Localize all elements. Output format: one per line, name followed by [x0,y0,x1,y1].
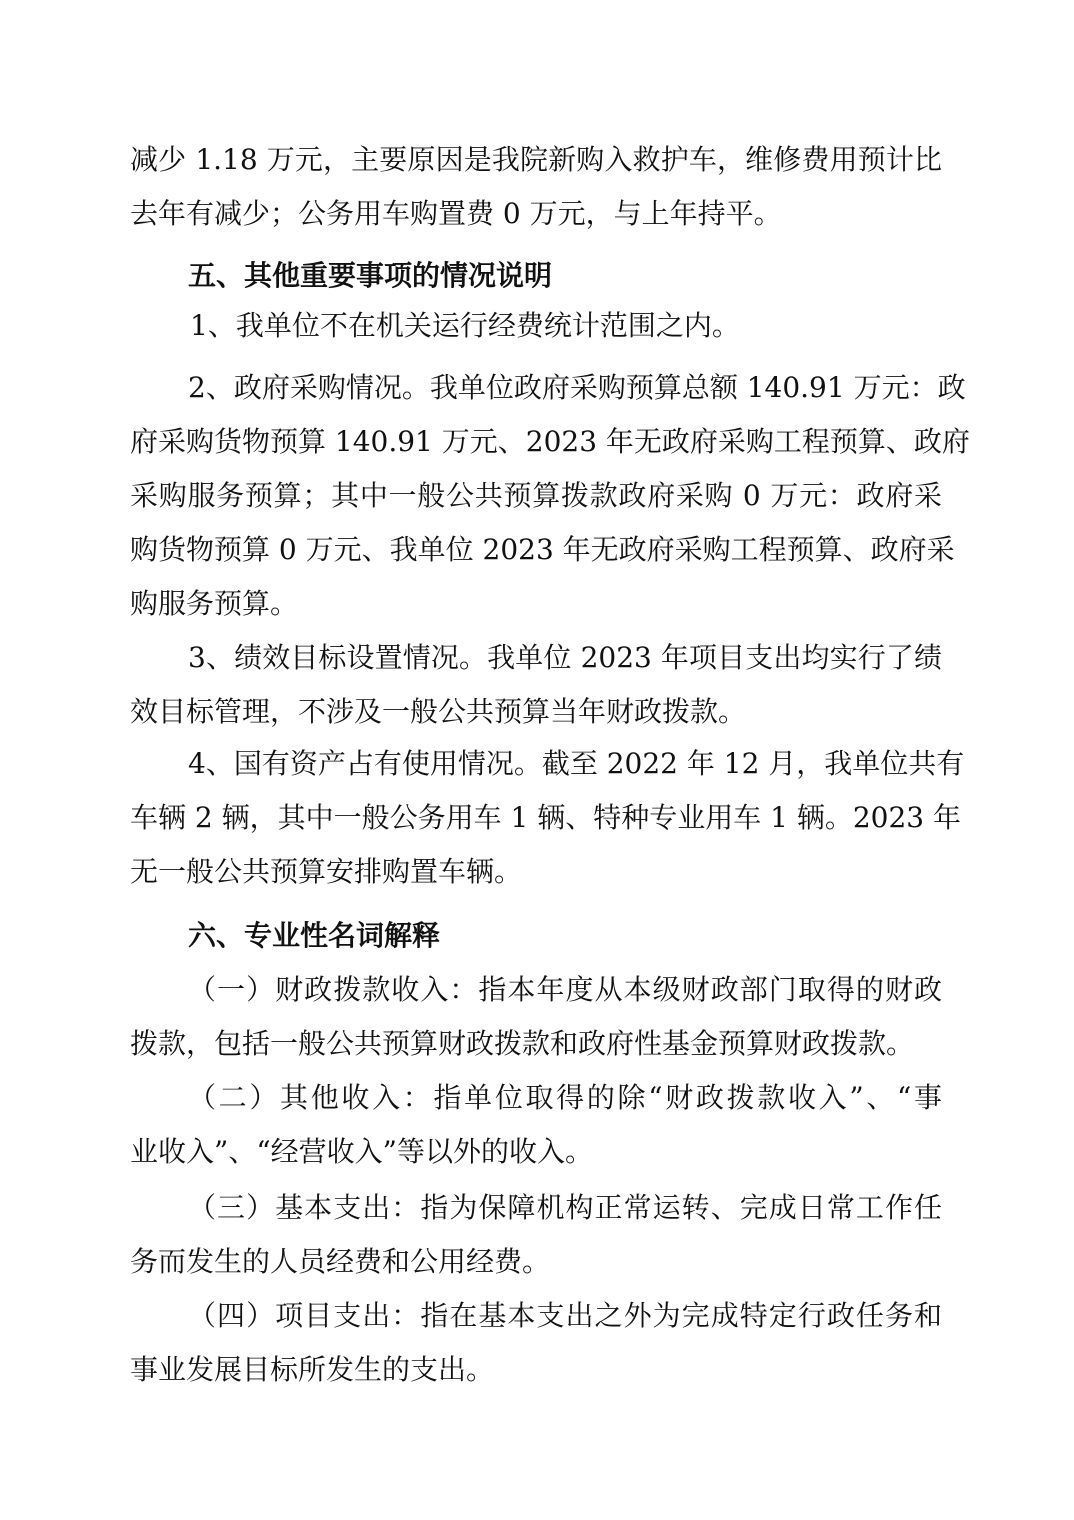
paragraph-line: 事业发展目标所发生的支出。 [130,1352,942,1388]
paragraph-line: 3、绩效目标设置情况。我单位 2023 年项目支出均实行了绩 [188,640,942,676]
paragraph-line: 购服务预算。 [130,586,942,622]
document-page: 减少 1.18 万元，主要原因是我院新购入救护车，维修费用预计比 去年有减少；公… [0,0,1074,1520]
paragraph-line: 2、政府采购情况。我单位政府采购预算总额 140.91 万元：政 [188,370,942,406]
paragraph-line: 1、我单位不在机关运行经费统计范围之内。 [190,308,944,344]
paragraph-line: （三）基本支出：指为保障机构正常运转、完成日常工作任 [188,1190,942,1226]
section-heading-5: 五、其他重要事项的情况说明 [188,258,552,294]
paragraph-line: 购货物预算 0 万元、我单位 2023 年无政府采购工程预算、政府采 [130,532,942,568]
paragraph-line: 车辆 2 辆，其中一般公务用车 1 辆、特种专业用车 1 辆。2023 年 [130,800,942,836]
paragraph-line: 府采购货物预算 140.91 万元、2023 年无政府采购工程预算、政府 [130,424,942,460]
paragraph-line: （四）项目支出：指在基本支出之外为完成特定行政任务和 [188,1298,942,1334]
paragraph-line: 拨款，包括一般公共预算财政拨款和政府性基金预算财政拨款。 [130,1026,942,1062]
section-heading-6: 六、专业性名词解释 [188,918,440,954]
paragraph-line: 效目标管理，不涉及一般公共预算当年财政拨款。 [130,694,942,730]
paragraph-line: 4、国有资产占有使用情况。截至 2022 年 12 月，我单位共有 [188,746,942,782]
paragraph-line: 无一般公共预算安排购置车辆。 [130,854,942,890]
paragraph-line: 减少 1.18 万元，主要原因是我院新购入救护车，维修费用预计比 [130,142,942,178]
paragraph-line: （二）其他收入：指单位取得的除“财政拨款收入”、“事 [188,1080,942,1116]
paragraph-line: 去年有减少；公务用车购置费 0 万元，与上年持平。 [130,196,942,232]
paragraph-line: （一）财政拨款收入：指本年度从本级财政部门取得的财政 [188,972,942,1008]
paragraph-line: 采购服务预算；其中一般公共预算拨款政府采购 0 万元：政府采 [130,478,942,514]
paragraph-line: 务而发生的人员经费和公用经费。 [130,1244,942,1280]
paragraph-line: 业收入”、“经营收入”等以外的收入。 [130,1134,942,1170]
